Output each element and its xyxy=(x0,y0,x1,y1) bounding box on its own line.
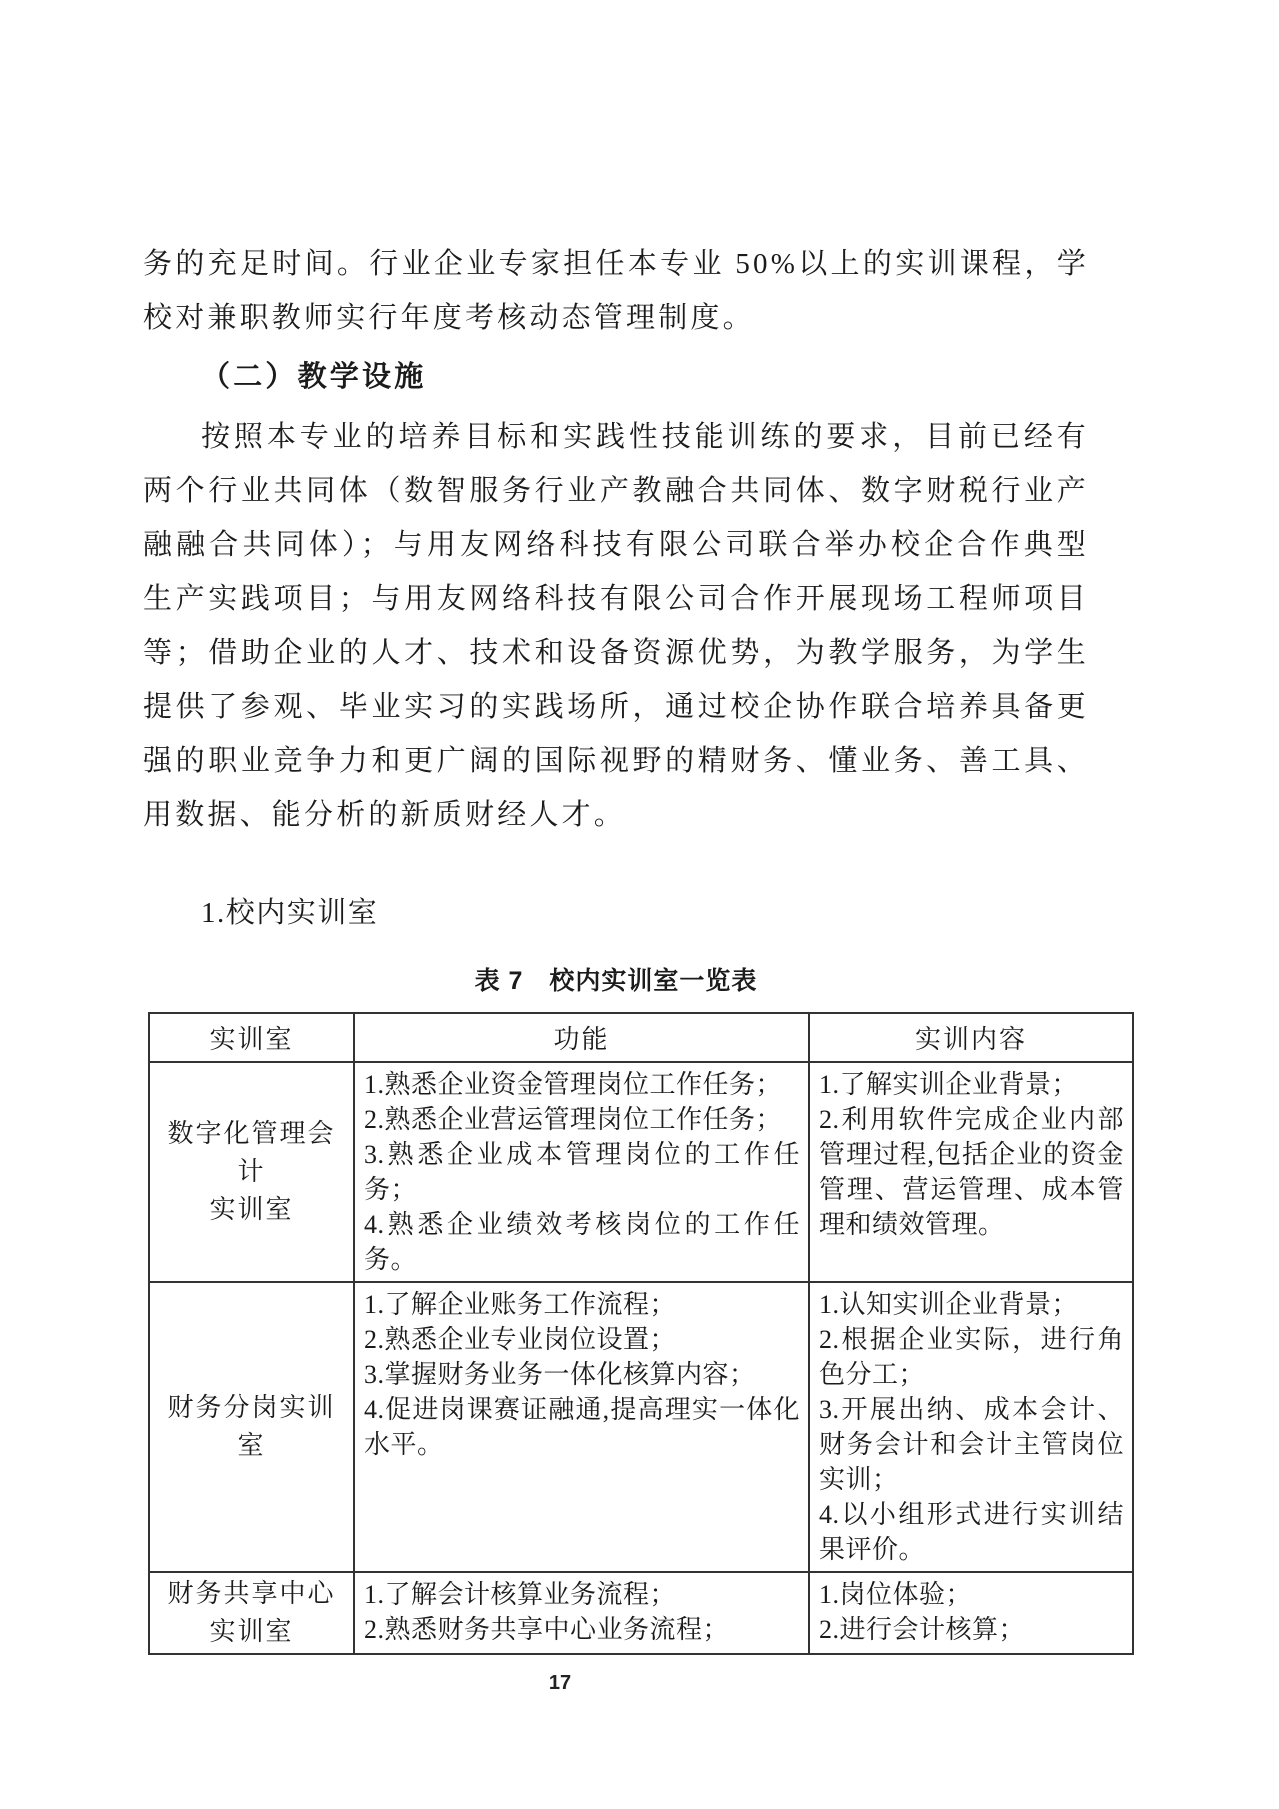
paragraph-continuation: 务的充足时间。行业企业专家担任本专业 50%以上的实训课程，学校对兼职教师实行年… xyxy=(143,237,1089,345)
room-training-contents: 1.了解实训企业背景； 2.利用软件完成企业内部管理过程,包括企业的资金管理、营… xyxy=(809,1062,1133,1282)
room-functions: 1.熟悉企业资金管理岗位工作任务； 2.熟悉企业营运管理岗位工作任务； 3.熟悉… xyxy=(354,1062,809,1282)
list-item: 1.岗位体验； xyxy=(819,1577,1124,1612)
document-page: 务的充足时间。行业企业专家担任本专业 50%以上的实训课程，学校对兼职教师实行年… xyxy=(0,0,1279,1809)
list-item: 3.掌握财务业务一体化核算内容； xyxy=(364,1357,800,1392)
column-header-room: 实训室 xyxy=(149,1013,354,1062)
list-item: 4.熟悉企业绩效考核岗位的工作任务。 xyxy=(364,1207,800,1277)
list-item: 2.利用软件完成企业内部管理过程,包括企业的资金管理、营运管理、成本管理和绩效管… xyxy=(819,1102,1124,1242)
room-name: 财务共享中心 实训室 xyxy=(149,1572,354,1654)
room-name: 数字化管理会计 实训室 xyxy=(149,1062,354,1282)
subsection-heading: 1.校内实训室 xyxy=(143,886,1089,940)
column-header-function: 功能 xyxy=(354,1013,809,1062)
list-item: 3.熟悉企业成本管理岗位的工作任务； xyxy=(364,1137,800,1207)
table-row-financial-shared-center: 财务共享中心 实训室 1.了解会计核算业务流程； 2.熟悉财务共享中心业务流程；… xyxy=(149,1572,1133,1654)
list-item: 4.促进岗课赛证融通,提高理实一体化水平。 xyxy=(364,1392,800,1462)
list-item: 1.了解实训企业背景； xyxy=(819,1067,1124,1102)
training-rooms-table: 实训室 功能 实训内容 数字化管理会计 实训室 1.熟悉企业资金管理岗位工作任务… xyxy=(148,1012,1134,1655)
list-item: 1.认知实训企业背景； xyxy=(819,1287,1124,1322)
room-training-contents: 1.岗位体验； 2.进行会计核算； xyxy=(809,1572,1133,1654)
page-number: 17 xyxy=(0,1672,1120,1695)
room-training-contents: 1.认知实训企业背景； 2.根据企业实际，进行角色分工； 3.开展出纳、成本会计… xyxy=(809,1282,1133,1572)
room-name: 财务分岗实训室 xyxy=(149,1282,354,1572)
list-item: 1.熟悉企业资金管理岗位工作任务； xyxy=(364,1067,800,1102)
list-item: 1.了解会计核算业务流程； xyxy=(364,1577,800,1612)
list-item: 2.根据企业实际，进行角色分工； xyxy=(819,1322,1124,1392)
table-header-row: 实训室 功能 实训内容 xyxy=(149,1013,1133,1062)
list-item: 2.熟悉企业营运管理岗位工作任务； xyxy=(364,1102,800,1137)
list-item: 1.了解企业账务工作流程； xyxy=(364,1287,800,1322)
table-row-finance-post-training: 财务分岗实训室 1.了解企业账务工作流程； 2.熟悉企业专业岗位设置； 3.掌握… xyxy=(149,1282,1133,1572)
list-item: 3.开展出纳、成本会计、财务会计和会计主管岗位实训； xyxy=(819,1392,1124,1497)
column-header-training-content: 实训内容 xyxy=(809,1013,1133,1062)
list-item: 2.熟悉企业专业岗位设置； xyxy=(364,1322,800,1357)
section-heading: （二）教学设施 xyxy=(143,350,1089,404)
list-item: 4.以小组形式进行实训结果评价。 xyxy=(819,1497,1124,1567)
room-functions: 1.了解会计核算业务流程； 2.熟悉财务共享中心业务流程； xyxy=(354,1572,809,1654)
paragraph-teaching-facilities: 按照本专业的培养目标和实践性技能训练的要求，目前已经有两个行业共同体（数智服务行… xyxy=(143,410,1089,842)
room-functions: 1.了解企业账务工作流程； 2.熟悉企业专业岗位设置； 3.掌握财务业务一体化核… xyxy=(354,1282,809,1572)
page-content: 务的充足时间。行业企业专家担任本专业 50%以上的实训课程，学校对兼职教师实行年… xyxy=(143,237,1089,1655)
table-row-digital-management-accounting: 数字化管理会计 实训室 1.熟悉企业资金管理岗位工作任务； 2.熟悉企业营运管理… xyxy=(149,1062,1133,1282)
table-caption: 表 7 校内实训室一览表 xyxy=(143,966,1089,996)
list-item: 2.熟悉财务共享中心业务流程； xyxy=(364,1612,800,1647)
list-item: 2.进行会计核算； xyxy=(819,1612,1124,1647)
